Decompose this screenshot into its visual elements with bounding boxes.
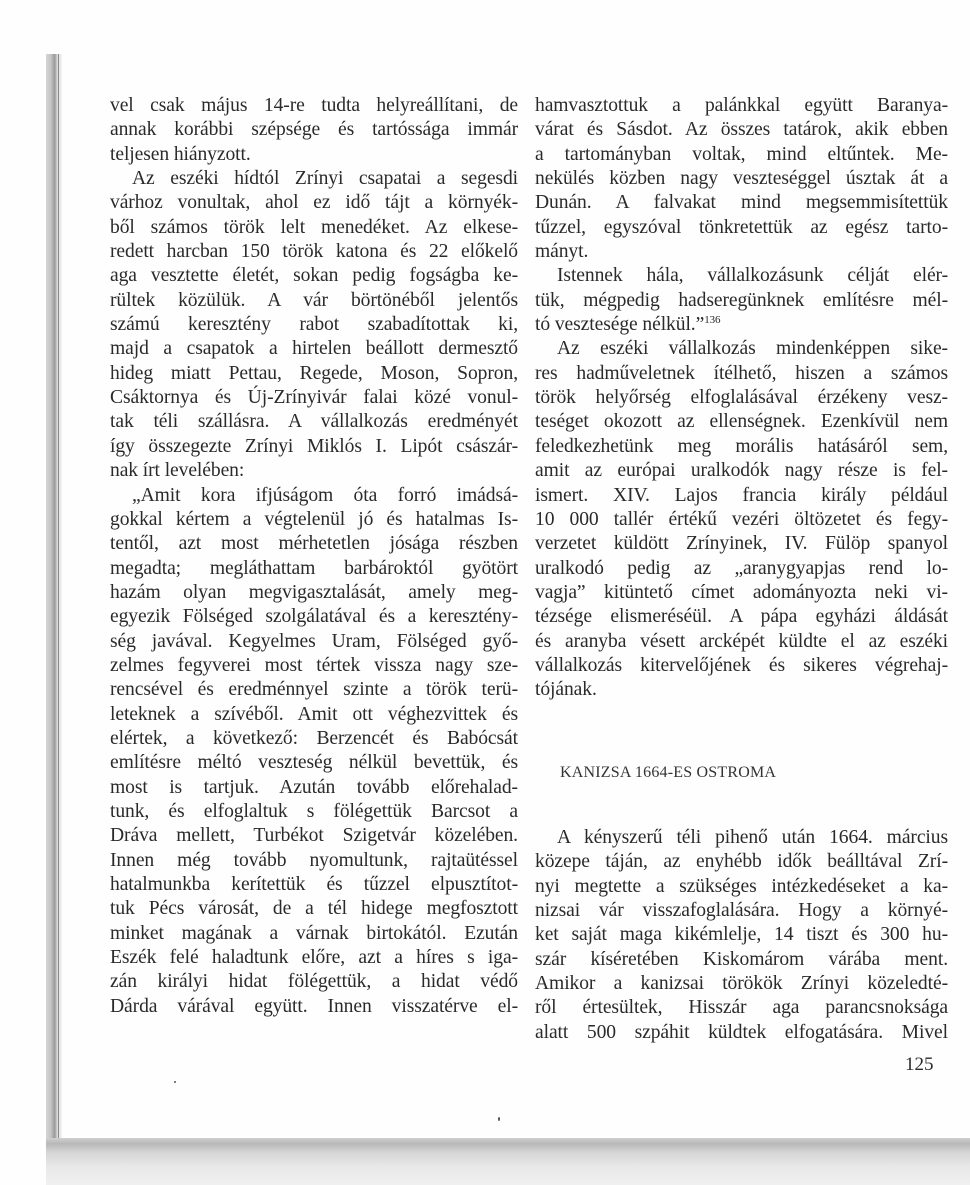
line-text: nizsai vár visszafoglalására. Hogy a kör… xyxy=(535,900,948,921)
text-line: számú keresztény rabot szabadítottak ki, xyxy=(110,313,518,337)
text-line: vagja” kitüntető címet adományozta neki … xyxy=(535,581,948,605)
line-text: elértek, a következő: Berzencét és Babóc… xyxy=(110,728,518,749)
line-text: így összegezte Zrínyi Miklós I. Lipót cs… xyxy=(110,436,518,457)
text-line: alatt 500 szpáhit küldtek elfogatására. … xyxy=(535,1021,948,1045)
text-line: feledkezhetünk meg morális hatásáról sem… xyxy=(535,435,948,459)
text-line: zán királyi hidat fölégettük, a hidat vé… xyxy=(110,970,518,994)
text-line: a tartományban voltak, mind eltűntek. Me… xyxy=(535,143,948,167)
text-line: ket saját maga kikémlelje, 14 tiszt és 3… xyxy=(535,923,948,947)
line-text: török helyőrség elfoglalásával érzékeny … xyxy=(535,387,948,408)
text-line: tézsége elismeréséül. A pápa egyházi áld… xyxy=(535,605,948,629)
text-line: török helyőrség elfoglalásával érzékeny … xyxy=(535,386,948,410)
text-line: verzetet küldött Zrínyinek, IV. Fülöp sp… xyxy=(535,532,948,556)
section-body-column: A kényszerű téli pihenő után 1664. márci… xyxy=(535,826,948,1045)
line-text: feledkezhetünk meg morális hatásáról sem… xyxy=(535,436,948,457)
book-page: vel csak május 14-re tudta helyreállítan… xyxy=(0,0,970,1185)
line-text: tunk, és elfoglaltuk s fölégettük Barcso… xyxy=(110,801,518,822)
line-text: nak írt levelében: xyxy=(110,460,244,481)
line-text: gokkal kértem a végtelenül jó és hatalma… xyxy=(110,509,518,530)
text-line: vel csak május 14-re tudta helyreállítan… xyxy=(110,94,518,118)
text-line: ismert. XIV. Lajos francia király példáu… xyxy=(535,484,948,508)
text-line: hamvasztottuk a palánkkal együtt Baranya… xyxy=(535,94,948,118)
scan-speck xyxy=(498,1117,500,1121)
line-text: hamvasztottuk a palánkkal együtt Baranya… xyxy=(535,95,948,116)
line-text: nyi megtette a szükséges intézkedéseket … xyxy=(535,876,948,897)
line-text: amit az európai uralkodók nagy része is … xyxy=(535,460,948,481)
line-text: tűzzel, egyszóval tönkretettük az egész … xyxy=(535,217,948,238)
text-line: várat és Sásdot. Az összes tatárok, akik… xyxy=(535,118,948,142)
text-line: elértek, a következő: Berzencét és Babóc… xyxy=(110,727,518,751)
text-line: várhoz vonultak, ahol ez idő tájt a körn… xyxy=(110,191,518,215)
text-line: tük, mégpedig hadseregünknek említésre m… xyxy=(535,289,948,313)
line-text: rencsével és eredménnyel szinte a török … xyxy=(110,679,518,700)
text-line: tak téli szállásra. A vállalkozás eredmé… xyxy=(110,410,518,434)
line-text: Csáktornya és Új-Zrínyivár falai közé vo… xyxy=(110,387,518,408)
line-text: és aranyba vésett arcképét küldte el az … xyxy=(535,631,948,652)
line-text: vállalkozás kitervelőjének és sikeres vé… xyxy=(535,655,948,676)
text-line: teséget okozott az ellenségnek. Ezenkívü… xyxy=(535,410,948,434)
text-line: Az eszéki vállalkozás mindenképpen sike- xyxy=(535,337,948,361)
text-line: tűzzel, egyszóval tönkretettük az egész … xyxy=(535,216,948,240)
line-text: tójának. xyxy=(535,679,597,700)
line-text: A kényszerű téli pihenő után 1664. márci… xyxy=(557,827,948,848)
text-line: hatalmunkba kerítettük és tűzzel elpuszt… xyxy=(110,873,518,897)
line-text: Istennek hála, vállalkozásunk célját elé… xyxy=(557,265,948,286)
text-line: leteknek a szívéből. Amit ott véghezvitt… xyxy=(110,703,518,727)
text-line: gokkal kértem a végtelenül jó és hatalma… xyxy=(110,508,518,532)
text-line: Istennek hála, vállalkozásunk célját elé… xyxy=(535,264,948,288)
line-text: a tartományban voltak, mind eltűntek. Me… xyxy=(535,144,948,165)
line-text: közepe táján, az enyhébb idők beálltával… xyxy=(535,851,948,872)
section-heading: KANIZSA 1664-ES OSTROMA xyxy=(560,764,776,782)
line-text: minket magának a várnak birtokától. Ezut… xyxy=(110,923,518,944)
line-text: ből számos török lelt menedéket. Az elke… xyxy=(110,217,518,238)
line-text: tük, mégpedig hadseregünknek említésre m… xyxy=(535,290,948,311)
text-line: ről értesültek, Hisszár aga parancsnoksá… xyxy=(535,996,948,1020)
text-line: res hadműveletnek ítélhető, hiszen a szá… xyxy=(535,362,948,386)
text-line: vállalkozás kitervelőjének és sikeres vé… xyxy=(535,654,948,678)
line-text: teséget okozott az ellenségnek. Ezenkívü… xyxy=(535,411,948,432)
text-line: hazám olyan megvigasztalását, amely meg- xyxy=(110,581,518,605)
text-line: aga vesztette életét, sokan pedig fogság… xyxy=(110,264,518,288)
text-line: és aranyba vésett arcképét küldte el az … xyxy=(535,630,948,654)
line-text: tó vesztesége nélkül.” xyxy=(535,314,704,335)
line-text: megadta; megláthattam barbároktól gyötör… xyxy=(110,558,518,579)
text-line: A kényszerű téli pihenő után 1664. márci… xyxy=(535,826,948,850)
text-line: rültek közülük. A vár börtönéből jelentő… xyxy=(110,289,518,313)
text-line: Az eszéki hídtól Zrínyi csapatai a seges… xyxy=(110,167,518,191)
line-text: ket saját maga kikémlelje, 14 tiszt és 3… xyxy=(535,924,948,945)
text-line: említésre méltó veszteség nélkül bevettü… xyxy=(110,751,518,775)
line-text: Dráva mellett, Turbékot Szigetvár közelé… xyxy=(110,825,518,846)
text-line: minket magának a várnak birtokától. Ezut… xyxy=(110,922,518,946)
binding-line xyxy=(58,54,59,1185)
line-text: ség javával. Kegyelmes Uram, Fölséged gy… xyxy=(110,631,518,652)
line-text: Innen még tovább nyomultunk, rajtaütésse… xyxy=(110,850,518,871)
line-text: tézsége elismeréséül. A pápa egyházi áld… xyxy=(535,606,948,627)
scan-speck xyxy=(174,1081,176,1083)
text-line: mányt. xyxy=(535,240,948,264)
line-text: Dunán. A falvakat mind megsemmisítettük xyxy=(535,192,948,213)
line-text: Dárda várával együtt. Innen visszatérve … xyxy=(110,996,518,1017)
text-line: tuk Pécs városát, de a tél hidege megfos… xyxy=(110,897,518,921)
line-text: tuk Pécs városát, de a tél hidege megfos… xyxy=(110,898,518,919)
line-text: res hadműveletnek ítélhető, hiszen a szá… xyxy=(535,363,948,384)
left-text-column: vel csak május 14-re tudta helyreállítan… xyxy=(110,94,518,1019)
line-text: most is tartjuk. Azután tovább előrehala… xyxy=(110,777,518,798)
text-line: tójának. xyxy=(535,678,948,702)
text-line: Csáktornya és Új-Zrínyivár falai közé vo… xyxy=(110,386,518,410)
line-text: alatt 500 szpáhit küldtek elfogatására. … xyxy=(535,1022,948,1043)
line-text: redett harcban 150 török katona és 22 el… xyxy=(110,241,518,262)
page-binding-edge xyxy=(46,54,62,1185)
line-text: hazám olyan megvigasztalását, amely meg- xyxy=(110,582,518,603)
text-line: nyi megtette a szükséges intézkedéseket … xyxy=(535,875,948,899)
line-text: majd a csapatok a hirtelen beállott derm… xyxy=(110,338,518,359)
line-text: tak téli szállásra. A vállalkozás eredmé… xyxy=(110,411,518,432)
line-text: tentől, azt most mérhetetlen jósága rész… xyxy=(110,533,518,554)
text-line: Eszék felé haladtunk előre, azt a híres … xyxy=(110,946,518,970)
text-line: Dárda várával együtt. Innen visszatérve … xyxy=(110,995,518,1019)
text-line: tunk, és elfoglaltuk s fölégettük Barcso… xyxy=(110,800,518,824)
line-text: aga vesztette életét, sokan pedig fogság… xyxy=(110,265,518,286)
line-text: „Amit kora ifjúságom óta forró imádsá- xyxy=(132,485,518,506)
text-line: nak írt levelében: xyxy=(110,459,518,483)
line-text: Amikor a kanizsai törökök Zrínyi közeled… xyxy=(535,973,948,994)
text-line: egyezik Fölséged szolgálatával és a kere… xyxy=(110,605,518,629)
text-line: „Amit kora ifjúságom óta forró imádsá- xyxy=(110,484,518,508)
line-text: vagja” kitüntető címet adományozta neki … xyxy=(535,582,948,603)
line-text: Az eszéki hídtól Zrínyi csapatai a seges… xyxy=(132,168,518,189)
text-line: Innen még tovább nyomultunk, rajtaütésse… xyxy=(110,849,518,873)
text-line: tó vesztesége nélkül.”136 xyxy=(535,313,948,337)
text-line: amit az európai uralkodók nagy része is … xyxy=(535,459,948,483)
line-text: leteknek a szívéből. Amit ott véghezvitt… xyxy=(110,704,518,725)
text-line: hideg miatt Pettau, Regede, Moson, Sopro… xyxy=(110,362,518,386)
text-line: nizsai vár visszafoglalására. Hogy a kör… xyxy=(535,899,948,923)
line-text: teljesen hiányzott. xyxy=(110,144,251,165)
line-text: rültek közülük. A vár börtönéből jelentő… xyxy=(110,290,518,311)
line-text: hatalmunkba kerítettük és tűzzel elpuszt… xyxy=(110,874,518,895)
text-line: tentől, azt most mérhetetlen jósága rész… xyxy=(110,532,518,556)
text-line: Dunán. A falvakat mind megsemmisítettük xyxy=(535,191,948,215)
page-number: 125 xyxy=(905,1054,934,1076)
line-text: ismert. XIV. Lajos francia király példáu… xyxy=(535,485,948,506)
text-line: ség javával. Kegyelmes Uram, Fölséged gy… xyxy=(110,630,518,654)
text-line: Dráva mellett, Turbékot Szigetvár közelé… xyxy=(110,824,518,848)
footnote-marker: 136 xyxy=(704,314,720,326)
line-text: számú keresztény rabot szabadítottak ki, xyxy=(110,314,518,335)
text-line: Amikor a kanizsai törökök Zrínyi közeled… xyxy=(535,972,948,996)
line-text: Eszék felé haladtunk előre, azt a híres … xyxy=(110,947,518,968)
text-line: zelmes fegyverei most tértek vissza nagy… xyxy=(110,654,518,678)
line-text: várhoz vonultak, ahol ez idő tájt a körn… xyxy=(110,192,518,213)
line-text: uralkodó pedig az „aranygyapjas rend lo- xyxy=(535,558,948,579)
text-line: teljesen hiányzott. xyxy=(110,143,518,167)
text-line: nekülés közben nagy veszteséggel úsztak … xyxy=(535,167,948,191)
line-text: Az eszéki vállalkozás mindenképpen sike- xyxy=(557,338,948,359)
text-line: közepe táján, az enyhébb idők beálltával… xyxy=(535,850,948,874)
text-line: majd a csapatok a hirtelen beállott derm… xyxy=(110,337,518,361)
line-text: egyezik Fölséged szolgálatával és a kere… xyxy=(110,606,518,627)
page-bottom-edge xyxy=(46,1138,970,1185)
line-text: szár kíséretében Kiskomárom várába ment. xyxy=(535,949,948,970)
text-line: uralkodó pedig az „aranygyapjas rend lo- xyxy=(535,557,948,581)
line-text: említésre méltó veszteség nélkül bevettü… xyxy=(110,752,518,773)
line-text: 10 000 tallér értékű vezéri öltözetet és… xyxy=(535,509,948,530)
line-text: ről értesültek, Hisszár aga parancsnoksá… xyxy=(535,997,948,1018)
line-text: annak korábbi szépsége és tartóssága imm… xyxy=(110,119,518,140)
line-text: mányt. xyxy=(535,241,588,262)
line-text: hideg miatt Pettau, Regede, Moson, Sopro… xyxy=(110,363,518,384)
text-line: redett harcban 150 török katona és 22 el… xyxy=(110,240,518,264)
text-line: ből számos török lelt menedéket. Az elke… xyxy=(110,216,518,240)
text-line: így összegezte Zrínyi Miklós I. Lipót cs… xyxy=(110,435,518,459)
line-text: zelmes fegyverei most tértek vissza nagy… xyxy=(110,655,518,676)
line-text: várat és Sásdot. Az összes tatárok, akik… xyxy=(535,119,948,140)
text-line: megadta; megláthattam barbároktól gyötör… xyxy=(110,557,518,581)
line-text: verzetet küldött Zrínyinek, IV. Fülöp sp… xyxy=(535,533,948,554)
text-line: annak korábbi szépsége és tartóssága imm… xyxy=(110,118,518,142)
right-text-column: hamvasztottuk a palánkkal együtt Baranya… xyxy=(535,94,948,703)
text-line: most is tartjuk. Azután tovább előrehala… xyxy=(110,776,518,800)
line-text: zán királyi hidat fölégettük, a hidat vé… xyxy=(110,971,518,992)
line-text: nekülés közben nagy veszteséggel úsztak … xyxy=(535,168,948,189)
text-line: rencsével és eredménnyel szinte a török … xyxy=(110,678,518,702)
text-line: szár kíséretében Kiskomárom várába ment. xyxy=(535,948,948,972)
line-text: vel csak május 14-re tudta helyreállítan… xyxy=(110,95,518,116)
text-line: 10 000 tallér értékű vezéri öltözetet és… xyxy=(535,508,948,532)
